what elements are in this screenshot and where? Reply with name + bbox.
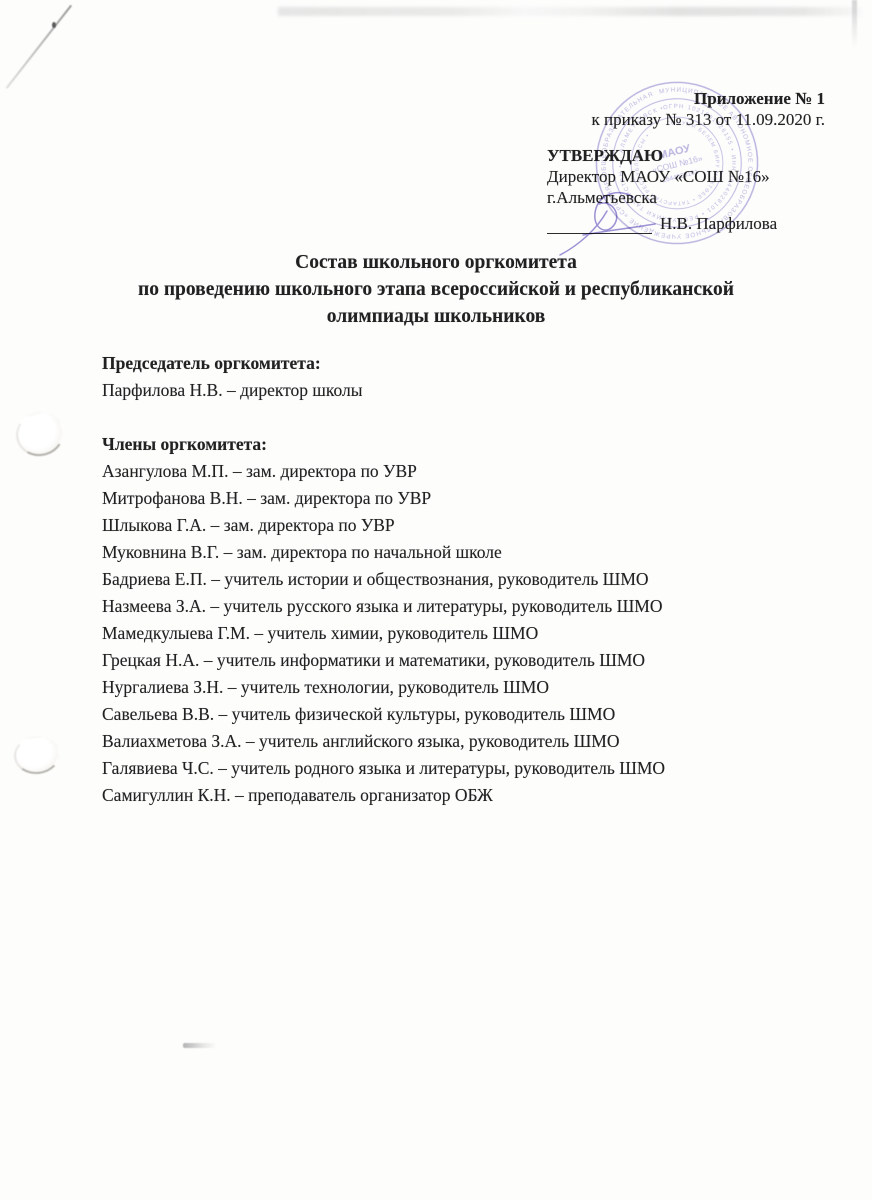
member-entry: Грецкая Н.А. – учитель информатики и мат… — [102, 647, 802, 674]
member-entry: Бадриева Е.П. – учитель истории и общест… — [102, 566, 802, 593]
hole-punch-shadow — [12, 734, 62, 777]
member-entry: Нургалиева З.Н. – учитель технологии, ру… — [102, 674, 802, 701]
title-line: по проведению школьного этапа всероссийс… — [0, 276, 872, 303]
member-entry: Митрофанова В.Н. – зам. директора по УВР — [102, 485, 802, 512]
title-line: Состав школьного оргкомитета — [0, 249, 872, 276]
hole-punch-shadow — [11, 407, 68, 461]
scan-crease-line — [6, 5, 72, 89]
chairman-entry: Парфилова Н.В. – директор школы — [102, 377, 802, 404]
scan-speck — [183, 1043, 217, 1048]
member-entry: Шлыкова Г.А. – зам. директора по УВР — [102, 512, 802, 539]
member-entry: Назмеева З.А. – учитель русского языка и… — [102, 593, 802, 620]
scanned-document-page: Приложение № 1 к приказу № 313 от 11.09.… — [0, 0, 872, 1200]
member-entry: Валиахметова З.А. – учитель английского … — [102, 728, 802, 755]
scan-speck — [52, 22, 56, 28]
member-entry: Мамедкулыева Г.М. – учитель химии, руков… — [102, 620, 802, 647]
scan-edge-artifact — [852, 0, 857, 48]
title-line: олимпиады школьников — [0, 303, 872, 330]
members-heading: Члены оргкомитета: — [102, 431, 802, 458]
member-entry: Азангулова М.П. – зам. директора по УВР — [102, 458, 802, 485]
blank-line — [102, 404, 802, 431]
scan-top-smudge — [278, 7, 862, 16]
document-body: Председатель оргкомитета: Парфилова Н.В.… — [102, 350, 802, 809]
member-entry: Галявиева Ч.С. – учитель родного языка и… — [102, 755, 802, 782]
member-entry: Савельева В.В. – учитель физической куль… — [102, 701, 802, 728]
member-entry: Муковнина В.Г. – зам. директора по начал… — [102, 539, 802, 566]
member-entry: Самигуллин К.Н. – преподаватель организа… — [102, 782, 802, 809]
document-title: Состав школьного оргкомитета по проведен… — [0, 249, 872, 330]
chairman-heading: Председатель оргкомитета: — [102, 350, 802, 377]
